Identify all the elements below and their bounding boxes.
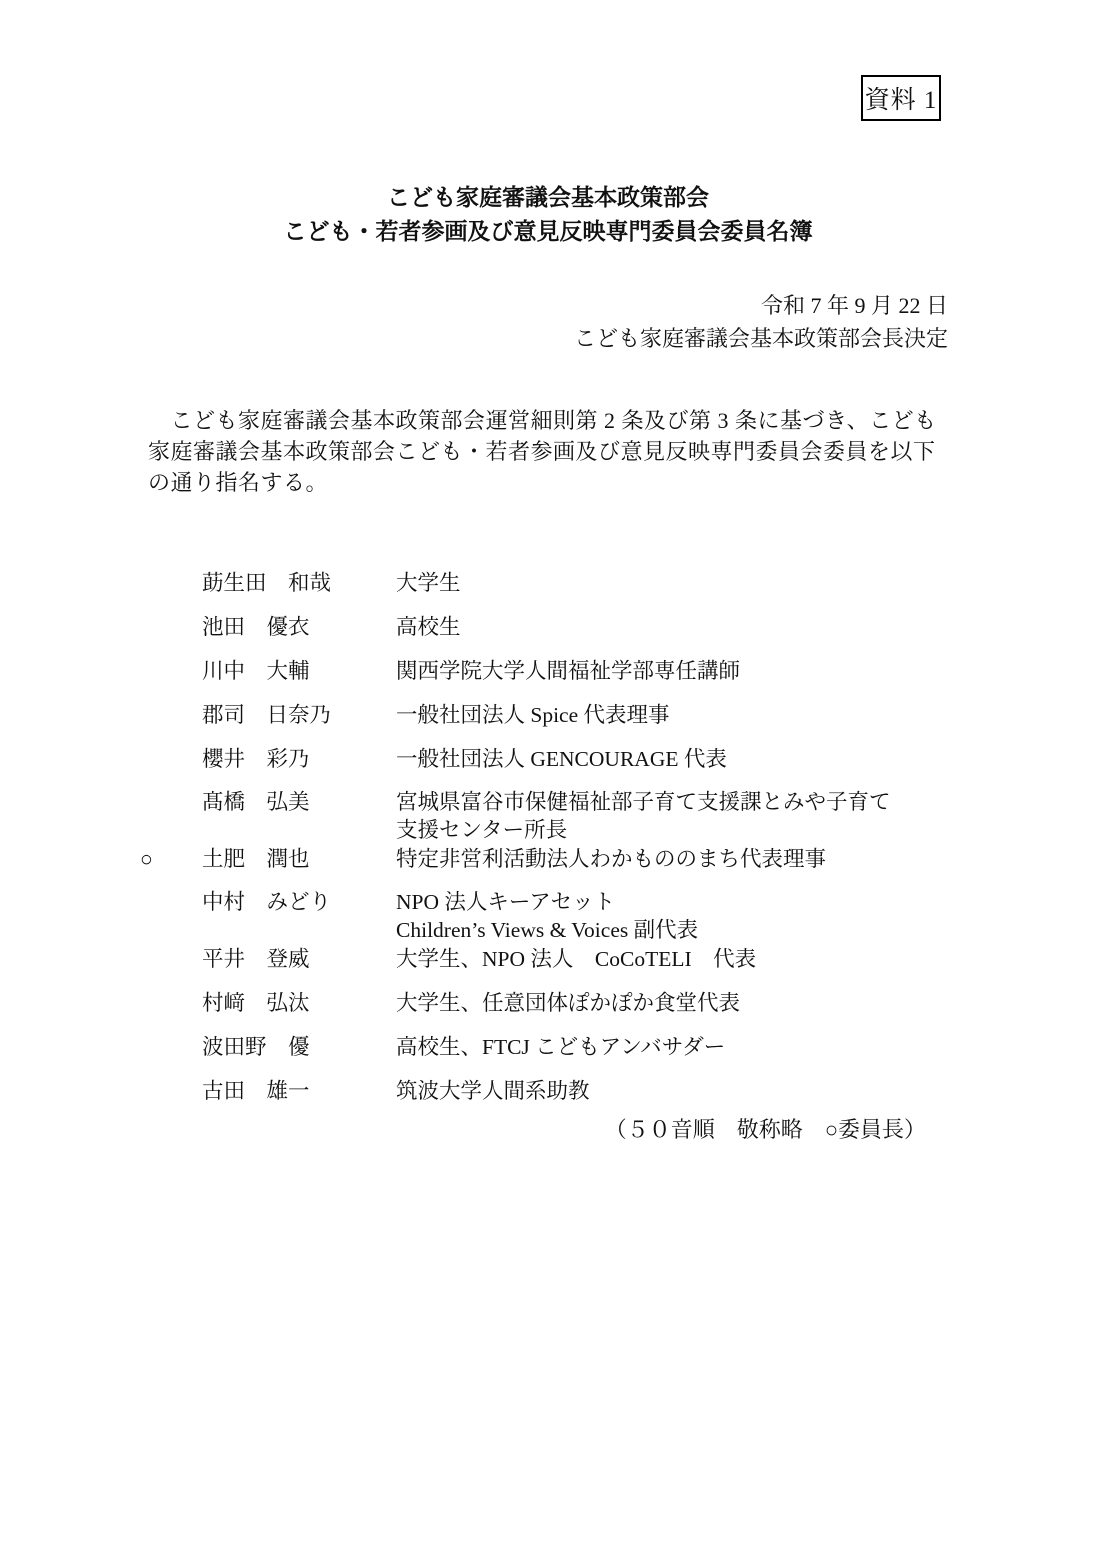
member-name: 古田 雄一 <box>202 1076 396 1106</box>
member-name: 土肥 潤也 <box>202 844 396 874</box>
member-list: 莇生田 和哉 大学生 池田 優衣 高校生 川中 大輔 関西学院大学人間福祉学部専… <box>140 568 952 1120</box>
member-row: 村﨑 弘汰 大学生、任意団体ぽかぽか食堂代表 <box>140 988 952 1018</box>
member-name: 池田 優衣 <box>202 612 396 642</box>
member-row: 池田 優衣 高校生 <box>140 612 952 642</box>
member-row: 平井 登威 大学生、NPO 法人 CoCoTELI 代表 <box>140 944 952 974</box>
member-name: 櫻井 彩乃 <box>202 744 396 774</box>
member-row: 中村 みどり NPO 法人キーアセット Children’s Views & V… <box>140 888 952 944</box>
member-row: 波田野 優 高校生、FTCJ こどもアンバサダー <box>140 1032 952 1062</box>
chair-mark <box>140 1032 202 1062</box>
footer-note: （５０音順 敬称略 ○委員長） <box>148 1114 953 1145</box>
member-role: 高校生 <box>396 612 952 642</box>
chair-mark <box>140 944 202 974</box>
member-row: 川中 大輔 関西学院大学人間福祉学部専任講師 <box>140 656 952 686</box>
member-name: 平井 登威 <box>202 944 396 974</box>
document-page: 資料 1 こども家庭審議会基本政策部会 こども・若者参画及び意見反映専門委員会委… <box>0 0 1096 1556</box>
title-line-2: こども・若者参画及び意見反映専門委員会委員名簿 <box>0 215 1096 249</box>
member-role: 筑波大学人間系助教 <box>396 1076 952 1106</box>
chair-mark: ○ <box>140 844 202 874</box>
member-role: 宮城県富谷市保健福祉部子育て支援課とみや子育て 支援センター所長 <box>396 788 952 844</box>
body-line-1: こども家庭審議会基本政策部会運営細則第 2 条及び第 3 条に基づき、こども <box>148 405 953 436</box>
member-row: 古田 雄一 筑波大学人間系助教 <box>140 1076 952 1106</box>
chair-mark <box>140 612 202 642</box>
member-role: 一般社団法人 GENCOURAGE 代表 <box>396 744 952 774</box>
chair-mark <box>140 988 202 1018</box>
member-row: ○ 土肥 潤也 特定非営利活動法人わかもののまち代表理事 <box>140 844 952 874</box>
member-role: 特定非営利活動法人わかもののまち代表理事 <box>396 844 952 874</box>
authority-line: こども家庭審議会基本政策部会長決定 <box>574 322 948 355</box>
body-line-2: 家庭審議会基本政策部会こども・若者参画及び意見反映専門委員会委員を以下 <box>148 436 953 467</box>
member-role: 大学生 <box>396 568 952 598</box>
title-block: こども家庭審議会基本政策部会 こども・若者参画及び意見反映専門委員会委員名簿 <box>0 181 1096 249</box>
member-row: 莇生田 和哉 大学生 <box>140 568 952 598</box>
chair-mark <box>140 700 202 730</box>
chair-mark <box>140 568 202 598</box>
member-role: 関西学院大学人間福祉学部専任講師 <box>396 656 952 686</box>
chair-mark <box>140 744 202 774</box>
document-label-box: 資料 1 <box>861 75 941 121</box>
chair-mark <box>140 656 202 686</box>
member-role: NPO 法人キーアセット Children’s Views & Voices 副… <box>396 888 952 944</box>
member-role: 大学生、NPO 法人 CoCoTELI 代表 <box>396 944 952 974</box>
member-row: 櫻井 彩乃 一般社団法人 GENCOURAGE 代表 <box>140 744 952 774</box>
document-label: 資料 1 <box>865 80 938 116</box>
member-name: 中村 みどり <box>202 888 396 944</box>
member-role: 高校生、FTCJ こどもアンバサダー <box>396 1032 952 1062</box>
member-name: 村﨑 弘汰 <box>202 988 396 1018</box>
member-row: 郡司 日奈乃 一般社団法人 Spice 代表理事 <box>140 700 952 730</box>
member-name: 莇生田 和哉 <box>202 568 396 598</box>
body-paragraph: こども家庭審議会基本政策部会運営細則第 2 条及び第 3 条に基づき、こども 家… <box>148 405 953 498</box>
member-name: 郡司 日奈乃 <box>202 700 396 730</box>
chair-mark <box>140 888 202 944</box>
member-role: 一般社団法人 Spice 代表理事 <box>396 700 952 730</box>
member-name: 波田野 優 <box>202 1032 396 1062</box>
member-row: 髙橋 弘美 宮城県富谷市保健福祉部子育て支援課とみや子育て 支援センター所長 <box>140 788 952 844</box>
member-name: 川中 大輔 <box>202 656 396 686</box>
member-role: 大学生、任意団体ぽかぽか食堂代表 <box>396 988 952 1018</box>
title-line-1: こども家庭審議会基本政策部会 <box>0 181 1096 215</box>
chair-mark <box>140 1076 202 1106</box>
date-block: 令和 7 年 9 月 22 日 こども家庭審議会基本政策部会長決定 <box>574 289 948 355</box>
chair-mark <box>140 788 202 844</box>
body-line-3: の通り指名する。 <box>148 467 953 498</box>
member-name: 髙橋 弘美 <box>202 788 396 844</box>
date-line: 令和 7 年 9 月 22 日 <box>574 289 948 322</box>
